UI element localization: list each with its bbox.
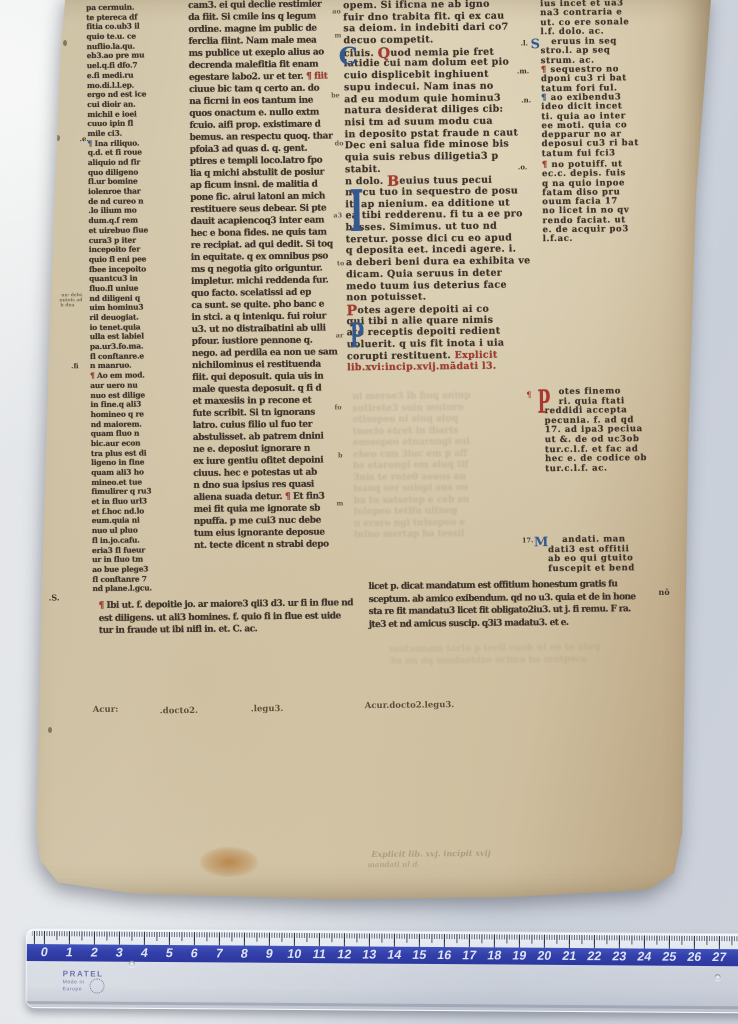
- text-span: ¶: [99, 601, 107, 611]
- faint-explicit-note-line1: Explicit lib. xvj. incipit xvij: [371, 849, 490, 858]
- text-span: ba tu satsetop e ceb su: [353, 494, 469, 505]
- text-span: Et fin3: [293, 492, 325, 502]
- initial-p-red-gloss: P: [537, 388, 550, 420]
- text-span: et maxesiis in p recone et: [192, 396, 311, 407]
- text-span: nuo ul pluo: [92, 526, 138, 535]
- ruler-number: 22: [580, 948, 608, 965]
- text-span: aliquio nd fir: [88, 157, 140, 167]
- ruler-number: 16: [430, 947, 458, 964]
- annotation-doctor: .docto2.: [160, 707, 198, 716]
- text-line: nt. tecte dicent n strabi depo: [194, 538, 356, 552]
- ruler-number: 26: [680, 949, 708, 966]
- text-span: ril deuogiat.: [89, 313, 138, 323]
- ruler-number: 17: [455, 947, 483, 964]
- text-span: nichilominus ei restituenda: [192, 360, 321, 371]
- ruler-logo-circle: [90, 978, 105, 993]
- text-span: tum eius ignorante deposue: [194, 528, 325, 539]
- text-span: 3u on dq mudnebixe ocima ba mutpecs: [389, 655, 586, 667]
- text-span: iolenroe thar: [88, 187, 140, 197]
- gutter-letter: a3: [333, 212, 342, 219]
- text-span: tnecio etcet in ibarts: [353, 426, 459, 437]
- text-span: nuflio.la.qu.: [87, 41, 135, 51]
- text-span: quo facto. scelatissi ad ep: [191, 288, 311, 299]
- text-span: aur uero nu: [90, 380, 137, 390]
- initial-m-blue-gloss: M: [534, 536, 549, 549]
- text-span: Ao em mod.: [97, 371, 145, 381]
- text-span: est diligens. ut ali3 homines. f. quio f…: [99, 611, 341, 624]
- text-span: eb3.ao pre mu: [87, 51, 145, 61]
- text-span: it. ap nienium. ea dditione ut: [345, 197, 510, 210]
- ruler-number: 10: [280, 946, 308, 963]
- text-span: cuuo ipin fl: [87, 119, 133, 128]
- text-span: uel.q.fi dfo.7: [87, 61, 138, 71]
- margin-mark-17: 17.: [522, 537, 533, 544]
- text-line: egestare labo2. ur et ter. ¶ fiit: [189, 70, 351, 84]
- right-gloss-5-potuisset: ¶ no potuiff. utec.c. depis. fuisq na qu…: [542, 160, 663, 245]
- text-span: fl conftanre 7: [92, 574, 147, 584]
- text-span: da fiit. Si cmile ins q legum: [188, 12, 316, 23]
- right-gloss-6-potes: otes finemo ri. quia ftatireddidi accept…: [544, 387, 665, 475]
- left-gloss-column: pa cermuin.te ptereca dffitia co.ub3 ilq…: [86, 2, 192, 594]
- text-span: re recipiat. ad qui dedit. Si toq: [191, 239, 333, 251]
- text-span: bs etarongi em aiuq tif: [353, 460, 469, 471]
- text-span: ergo nd est ice: [87, 90, 146, 100]
- text-span: latro. cuius filio ul fuo ter: [193, 420, 312, 431]
- text-span: dum.q.f rem: [88, 216, 138, 226]
- faint-explicit-note-line2: mandati ul d.: [367, 861, 419, 869]
- text-span: ca sunt. se quite. pho banc e: [191, 300, 324, 311]
- text-span: ne e. deposiut ignorare n: [193, 444, 310, 455]
- text-span: bic.aur econ: [91, 438, 141, 448]
- ruler-number: 0: [30, 944, 58, 961]
- annotation-acursius: Acur:: [93, 706, 119, 715]
- ruler-number: 20: [530, 948, 558, 965]
- ruler-number: 7: [205, 945, 233, 962]
- text-span: cam3. ei qui declie restimier: [188, 0, 321, 11]
- text-span: ao bue plege3: [92, 564, 148, 574]
- ruler-hole: [129, 961, 135, 967]
- text-span: tra plus est di: [91, 448, 147, 458]
- text-span: male questa deposuit. q fi d: [192, 384, 321, 395]
- margin-letter-m: .m.: [517, 67, 529, 74]
- text-span: licet p. dicat mandatum est offitium hon…: [368, 579, 617, 592]
- text-span: l.f. dolo. ac.: [540, 26, 604, 37]
- text-span: ciuus. hec e potestas ut ab: [193, 468, 317, 479]
- text-span: non potuisset.: [346, 292, 426, 304]
- text-span: homineo q re: [91, 409, 144, 419]
- initial-p-blue: P: [350, 320, 365, 354]
- text-span: l.f.ac.: [543, 234, 573, 244]
- ruler-number: 21: [555, 948, 583, 965]
- ruler-number: 4: [130, 945, 158, 962]
- text-span: nd plane.l.gcu.: [92, 584, 152, 594]
- text-span: iniopeo tetifo uitneg: [354, 506, 458, 517]
- text-span: cuio displicebit inghiuent: [344, 69, 489, 82]
- text-span: Explicit: [455, 349, 498, 360]
- ruler-number: 9: [255, 946, 283, 963]
- text-span: dicam. Quia seruus in deter: [346, 267, 502, 280]
- text-span: npuffa. p me cui3 nuc debe: [194, 516, 321, 527]
- text-span: q deposita eet. incedi agere. i.: [346, 244, 517, 257]
- ruler-number: 6: [180, 945, 208, 962]
- text-span: in stci. a q inteniqu. fui roiur: [191, 311, 326, 322]
- text-span: ordine. magne im public de: [188, 24, 316, 35]
- text-span: ap ficum insni. de malitia d: [190, 180, 318, 191]
- text-line: no cu tuo in sequestro de posu: [345, 185, 541, 199]
- text-span: ur in fluo tm: [92, 555, 143, 565]
- right-gloss-3-sequestro: ¶ sequestro nodponi cu3 ri battatum fori…: [541, 65, 661, 94]
- text-span: ms q negotia gito origuntur.: [191, 264, 322, 275]
- text-span: incepoito fer: [89, 245, 140, 255]
- text-span: nuo est dilige: [90, 390, 145, 400]
- show-through-ghost: ni meroe3 ib fiuq aniupsutirete3 suin mu…: [352, 390, 539, 541]
- right-gloss-4-exibendum: ¶ ao exibendu3ideo dicit incetti. quia a…: [541, 93, 662, 159]
- text-line: jte3 et nd amicus suscip. q3i3 madatu3. …: [369, 615, 657, 631]
- text-span: fute scribit. Si tn ignorans: [193, 408, 316, 419]
- gutter-letter: m: [336, 500, 343, 507]
- text-span: nt. tecte dicent n strabi depo: [194, 539, 329, 550]
- text-span: fl.ur bomine: [88, 177, 138, 187]
- text-span: quam ali3 ho: [91, 467, 144, 477]
- text-line: nd plane.l.gcu.: [92, 583, 192, 594]
- gutter-letter: b: [338, 452, 343, 459]
- text-span: ferclia fiint. Nam male mea: [188, 36, 316, 47]
- text-span: otisopeo ni siuq aiuq: [353, 414, 459, 425]
- initial-s-blue-gloss: S: [531, 38, 541, 51]
- text-span: fbee incepoito: [89, 264, 146, 274]
- margin-letter-no: nō: [658, 588, 669, 596]
- text-span: bemus. an respectu quoq. thar: [190, 131, 333, 143]
- text-span: nd maiorem.: [91, 419, 142, 429]
- gutter-letter: m: [334, 32, 341, 39]
- text-span: quos onactum e. nullo extm: [189, 108, 319, 119]
- text-span: fimulirer q ru3: [91, 487, 151, 497]
- text-span: ni meroe3 ib fiuq aniup: [352, 391, 470, 402]
- text-span: michil e ioei: [87, 109, 136, 119]
- text-span: ebeo cun 3iuc em p aff: [353, 448, 468, 459]
- text-span: ¶ fiit: [306, 71, 327, 81]
- text-span: na ficrni in eos tantum ine: [189, 96, 313, 107]
- text-span: pfour. iustiore pennone q.: [192, 336, 313, 347]
- text-span: no cu tuo in sequestro de posu: [345, 185, 518, 198]
- text-span: pfoia3 ad quas d. q. gent.: [190, 144, 308, 155]
- text-span: qui tibi n alie quare nimis: [347, 314, 494, 327]
- bottom-paragraph-right: licet p. dicat mandatum est offitium hon…: [368, 578, 657, 631]
- text-span: teretur. posse dici cu eo apud: [346, 232, 513, 245]
- ruler-number: 1: [55, 944, 83, 961]
- ruler-number: 18: [480, 947, 508, 964]
- text-span: ¶: [285, 492, 293, 502]
- manuscript-text-content: pa cermuin.te ptereca dffitia co.ub3 ilq…: [22, 0, 727, 914]
- text-span: uim hominu3: [89, 303, 143, 313]
- initial-i-blue: I: [349, 184, 364, 241]
- ruler-number: 5: [155, 945, 183, 962]
- text-line: a deberi beni dura ea exhibita ve: [346, 255, 542, 269]
- text-span: 3nis te rute0 aoaus an: [353, 471, 466, 482]
- text-line: tur in fraude ut ibi nifl in. et. C. ac.: [99, 622, 361, 637]
- ruler: 0123456789101112131415161718192021222324…: [25, 928, 738, 1013]
- right-gloss-1: ius incet et ua3na3 contraria eut. co er…: [540, 0, 660, 37]
- text-span: Ibi ut. f. depoitie jo. ar maiore3 qii3 …: [106, 598, 353, 611]
- text-span: quam fluo n: [91, 429, 140, 439]
- text-line: nego. ad perdila ea non ue sam: [192, 346, 354, 360]
- margin-letter-n: .n.: [521, 96, 531, 103]
- manuscript-page-wrapper: pa cermuin.te ptereca dffitia co.ub3 ilq…: [0, 0, 738, 1024]
- text-span: restituere seus debear. Si pte: [190, 203, 326, 214]
- text-span: quio te.u. ce: [86, 32, 136, 42]
- ruler-brand-name: PRATEL: [63, 969, 104, 978]
- text-span: stabit.: [345, 164, 381, 175]
- text-span: dauit acapiencoq3 inter eam: [190, 216, 324, 227]
- text-span: Ina riliquo.: [95, 138, 140, 147]
- ruler-number: 19: [505, 948, 533, 965]
- text-span: quantcu3 in: [89, 274, 138, 284]
- text-span: fl in.jo.cafu.: [92, 535, 140, 545]
- text-line: tur.c.l.f. ac.: [545, 464, 665, 475]
- text-span: ciuue bic tam q certo an. do: [189, 84, 319, 95]
- text-span: io tenet.quia: [90, 322, 141, 332]
- gutter-letter: be: [331, 92, 340, 99]
- text-span: mei fit quia me ignorate sb: [194, 504, 321, 515]
- text-span: nd diligeni q: [89, 293, 140, 303]
- ruler-body: 0123456789101112131415161718192021222324…: [25, 928, 738, 1013]
- right-gloss-7-mandati: andati. mandati3 est offitiiab eo qui gt…: [548, 535, 668, 575]
- text-span: ulla est labiel: [90, 332, 144, 342]
- ruler-number: 13: [355, 946, 383, 963]
- text-span: pa cermuin.: [86, 3, 134, 13]
- text-span: de nd cureo n: [88, 196, 143, 206]
- text-span: ligeno in fine: [91, 458, 144, 468]
- margin-letter-fi: .fi: [71, 362, 79, 369]
- text-span: fcuio. aifi prop. existimare d: [189, 120, 320, 131]
- text-span: medo tuum ius deterius face: [346, 279, 507, 292]
- text-span: fl conftanre.e: [90, 351, 144, 361]
- text-span: ad eu modum quie hominu3: [344, 92, 501, 105]
- bottom-paragraph-left: ¶ Ibi ut. f. depoitie jo. ar maiore3 qii…: [99, 597, 361, 637]
- text-span: natura desiderat diliges cib:: [344, 104, 503, 117]
- text-span: fuscepit et bend: [548, 563, 635, 574]
- text-line: inino mertap ba tessil: [354, 528, 539, 542]
- text-span: fiit. qui deposuit. quia uis in: [192, 372, 323, 383]
- text-span: eum.quia ni: [92, 516, 140, 526]
- text-span: aliena suada detur.: [193, 492, 285, 503]
- initial-c-blue: C: [339, 44, 358, 68]
- right-gloss-2-seruus: eruus in seqstro.l. ap seqstrum. ac.: [541, 37, 661, 66]
- ruler-number: 24: [630, 948, 658, 965]
- text-span: in fine.q ali3: [90, 400, 141, 410]
- text-span: et uirebuo fiue: [89, 225, 149, 235]
- text-span: fuir dno trabita fit. qi ex cau: [343, 10, 504, 23]
- annotation-legum: .legu3.: [251, 705, 284, 714]
- text-line: tatum fui fci3: [542, 149, 662, 160]
- text-span: u3. ut no distraibatini ab ulli: [192, 323, 326, 334]
- ruler-number: 23: [605, 948, 633, 965]
- ruler-number: 12: [330, 946, 358, 963]
- main-column-left: cam3. ei qui declie restimierda fiit. Si…: [188, 0, 356, 552]
- text-span: jte3 et nd amicus suscip. q3i3 madatu3. …: [369, 617, 569, 629]
- text-span: tur.c.l.f. ac.: [545, 463, 608, 474]
- text-span: isauq ser suispi aus on: [353, 483, 468, 494]
- text-span: lib.xvi:incip.xvij.mãdati l3.: [347, 361, 497, 374]
- text-span: eria3 fl fueur: [92, 545, 145, 555]
- text-span: quo diligeno: [88, 167, 138, 177]
- text-span: pa.ur3.fo.ma.: [90, 342, 144, 352]
- ruler-number: 27: [705, 949, 733, 966]
- text-span: decrenda malefitia fit enam: [189, 60, 319, 71]
- text-span: et f.hoc nd.lo: [92, 506, 145, 516]
- ruler-number: 15: [405, 947, 433, 964]
- text-span: cui dioir an.: [87, 99, 135, 109]
- ruler-number: 3: [105, 945, 133, 962]
- text-line: in deposito pstat fraude n caut: [344, 127, 540, 141]
- gutter-letter: ao: [332, 8, 341, 15]
- text-span: tatum fui fci3: [542, 148, 616, 159]
- text-span: egestare labo2. ur et ter.: [189, 72, 306, 83]
- text-span: tur in fraude ut ibi nifl in. et. C. ac.: [99, 624, 258, 636]
- annotation-combined: Acur.docto2.legu3.: [365, 701, 455, 710]
- text-line: fuscepit et bend: [548, 564, 668, 575]
- text-span: lia q michi abstulit de posiur: [190, 168, 324, 179]
- text-span: quio fl eni pee: [89, 254, 146, 264]
- text-line: ea tibi redderenu. fi tu a ee pro: [345, 209, 541, 223]
- text-span: q.d. et fi roue: [88, 148, 142, 158]
- text-line: l.f.ac.: [543, 234, 663, 245]
- ruler-number: 14: [380, 947, 408, 964]
- text-span: Dec eni salua fide minose bis: [345, 139, 509, 152]
- text-span: basses. Simimus. ut tuo nd: [345, 221, 497, 234]
- text-span: impletur. michi reddenda fur.: [191, 275, 328, 286]
- text-span: eussopeo etnarongi sui: [353, 437, 470, 448]
- text-line: 3u on dq mudnebixe ocima ba mutpecs: [389, 653, 669, 668]
- gutter-letter: fo: [334, 404, 341, 411]
- ruler-number: 8: [230, 946, 258, 963]
- text-span: sa deiom. in indebiti dari co7: [343, 22, 508, 35]
- text-span: inino mertap ba tessil: [354, 529, 465, 540]
- text-span: a deberi beni dura ea exhibita ve: [346, 255, 531, 268]
- text-span: ate receptis depoiti redient: [347, 326, 501, 339]
- text-span: n manruo.: [90, 361, 132, 370]
- gutter-letter: to: [337, 260, 344, 267]
- ruler-number: 11: [305, 946, 333, 963]
- text-span: fitia co.ub3 il: [86, 22, 139, 32]
- text-span: nisi tm ad suum modu cua: [344, 116, 493, 129]
- margin-pilcrow-red: ¶: [526, 390, 531, 398]
- ruler-number: 25: [655, 949, 683, 966]
- text-span: opem. Si ificna ne ab igno: [343, 0, 490, 11]
- text-span: fluo.fl uniue: [89, 283, 138, 293]
- text-span: in deposito pstat fraude n caut: [344, 127, 518, 140]
- tiny-margin-note-line3: h dna: [60, 304, 74, 309]
- margin-letter-o: .o.: [518, 163, 527, 170]
- text-span: uoluerit. q uis fit inota i uia: [347, 337, 505, 350]
- text-span: quia suis rebus diligetia3 p: [345, 151, 499, 164]
- text-span: te ptereca df: [86, 12, 137, 22]
- text-line: lib.xvi:incip.xvij.mãdati l3.: [347, 360, 543, 374]
- text-span: hec e bona fides. ne quis tam: [191, 227, 327, 238]
- text-span: sutirete3 suin muturo: [352, 403, 463, 414]
- gutter-letter: ar: [336, 332, 344, 339]
- text-span: nego. ad perdila ea non ue sam: [192, 347, 338, 359]
- photo-scene: pa cermuin.te ptereca dffitia co.ub3 ilq…: [0, 0, 738, 1024]
- text-span: sta re fit mandatu3 licet fit obligato2i…: [369, 604, 631, 617]
- text-span: supu indecui. Nam inas no: [344, 80, 494, 93]
- text-span: ptires e templi loco.latro fpo: [190, 156, 323, 167]
- text-span: abstulisset. ab patrem dnini: [193, 432, 324, 443]
- ruler-brand-block: PRATEL Made in Europe: [63, 969, 104, 992]
- text-span: mo.di.l.l.ep.: [87, 80, 134, 90]
- text-span: latidie cui nam dolum eet pio: [344, 57, 509, 70]
- text-span: in equitate. q ex omnibus pso: [191, 251, 328, 262]
- text-span: n dno sua ipsius res quasi: [193, 480, 314, 491]
- margin-letter-l: .l.: [521, 39, 529, 46]
- ruler-hole: [715, 974, 721, 980]
- ruler-number: 2: [80, 944, 108, 961]
- text-line: bemus. an respectu quoq. thar: [190, 130, 352, 144]
- margin-letter-s: .S.: [48, 593, 59, 601]
- manuscript-page: pa cermuin.te ptereca dffitia co.ub3 ilq…: [22, 0, 717, 910]
- gutter-letter: do: [335, 140, 344, 147]
- margin-letter-e: .e.: [80, 135, 89, 142]
- text-span: pone fic. airui latoni an mich: [190, 191, 325, 202]
- text-span: ms publice ut exeplo alius ao: [189, 47, 324, 58]
- text-span: mineo.et tue: [91, 477, 142, 487]
- main-column-right: opem. Si ificna ne ab ignofuir dno trabi…: [343, 0, 543, 374]
- text-line: re recipiat. ad qui dedit. Si toq: [191, 238, 353, 252]
- text-span: mile ci3.: [87, 129, 122, 138]
- text-span: cura3 p iter: [89, 235, 136, 245]
- text-span: .lo ilium mo: [88, 206, 136, 216]
- text-span: et in fluo url3: [91, 497, 146, 507]
- text-span: ex iure gentiu ofitet depoini: [193, 456, 323, 467]
- text-span: n eraro ngi tuisopeo e: [354, 517, 465, 528]
- text-span: e.fi medi.ru: [87, 70, 134, 80]
- show-through-ghost-2: mutaonam tacio p tecil enob ni eo te aiu…: [389, 641, 669, 668]
